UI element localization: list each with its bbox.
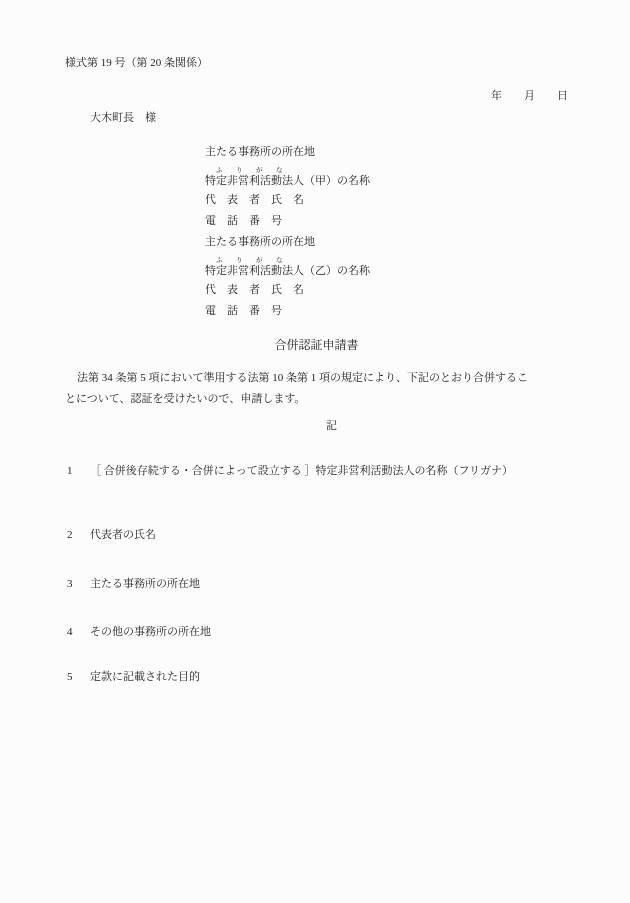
ki-text: 記 [326,420,337,432]
body-paragraph: 法第 34 条第 5 項において準用する法第 10 条第 1 項の規定により、下… [65,372,568,405]
furigana-label-b: ふりがな [216,257,568,265]
item-text-2: 代表者の氏名 [90,529,568,541]
office-address-label-a: 主たる事務所の所在地 [205,146,568,167]
date-line: 年 月 日 [65,90,568,102]
ki-marker: 記 [65,420,568,432]
item-number-3: 3 [67,578,90,590]
item-text-1: ［ 合併後存続する・合併によって設立する ］特定非営利活動法人の名称（フリガナ） [90,465,568,477]
office-address-label-b: 主たる事務所の所在地 [205,236,568,257]
item-number-1: 1 [67,465,90,477]
list-item-4: 4 その他の事務所の所在地 [65,626,568,638]
list-item-3: 3 主たる事務所の所在地 [65,578,568,590]
body-line-1: 法第 34 条第 5 項において準用する法第 10 条第 1 項の規定により、下… [65,372,568,384]
item-text-5: 定款に記載された目的 [90,671,568,683]
list-item-5: 5 定款に記載された目的 [65,671,568,683]
phone-number-label-b: 電 話 番 号 [205,305,568,326]
form-number: 様式第 19 号（第 20 条関係） [65,57,568,69]
document-title: 合併認証申請書 [65,339,568,352]
applicant-block: 主たる事務所の所在地 ふりがな 特定非営利活動法人（甲）の名称 代 表 者 氏 … [205,146,568,326]
body-line-2: とについて、認証を受けたいので、申請します。 [65,393,568,405]
phone-number-label-a: 電 話 番 号 [205,215,568,236]
furigana-label-a: ふりがな [216,167,568,175]
representative-name-label-b: 代 表 者 氏 名 [205,284,568,305]
representative-name-label-a: 代 表 者 氏 名 [205,194,568,215]
item-text-3: 主たる事務所の所在地 [90,578,568,590]
item-number-4: 4 [67,626,90,638]
list-item-1: 1 ［ 合併後存続する・合併によって設立する ］特定非営利活動法人の名称（フリガ… [65,465,568,477]
addressee: 大木町長 様 [90,112,568,124]
npo-name-label-a: 特定非営利活動法人（甲）の名称 [205,175,568,194]
npo-name-line-b: ふりがな 特定非営利活動法人（乙）の名称 [205,257,568,284]
item-text-4: その他の事務所の所在地 [90,626,568,638]
item-number-2: 2 [67,529,90,541]
document-page: 様式第 19 号（第 20 条関係） 年 月 日 大木町長 様 主たる事務所の所… [0,0,630,903]
item-number-5: 5 [67,671,90,683]
item-list: 1 ［ 合併後存続する・合併によって設立する ］特定非営利活動法人の名称（フリガ… [65,465,568,683]
npo-name-label-b: 特定非営利活動法人（乙）の名称 [205,265,568,284]
list-item-2: 2 代表者の氏名 [65,529,568,541]
npo-name-line-a: ふりがな 特定非営利活動法人（甲）の名称 [205,167,568,194]
